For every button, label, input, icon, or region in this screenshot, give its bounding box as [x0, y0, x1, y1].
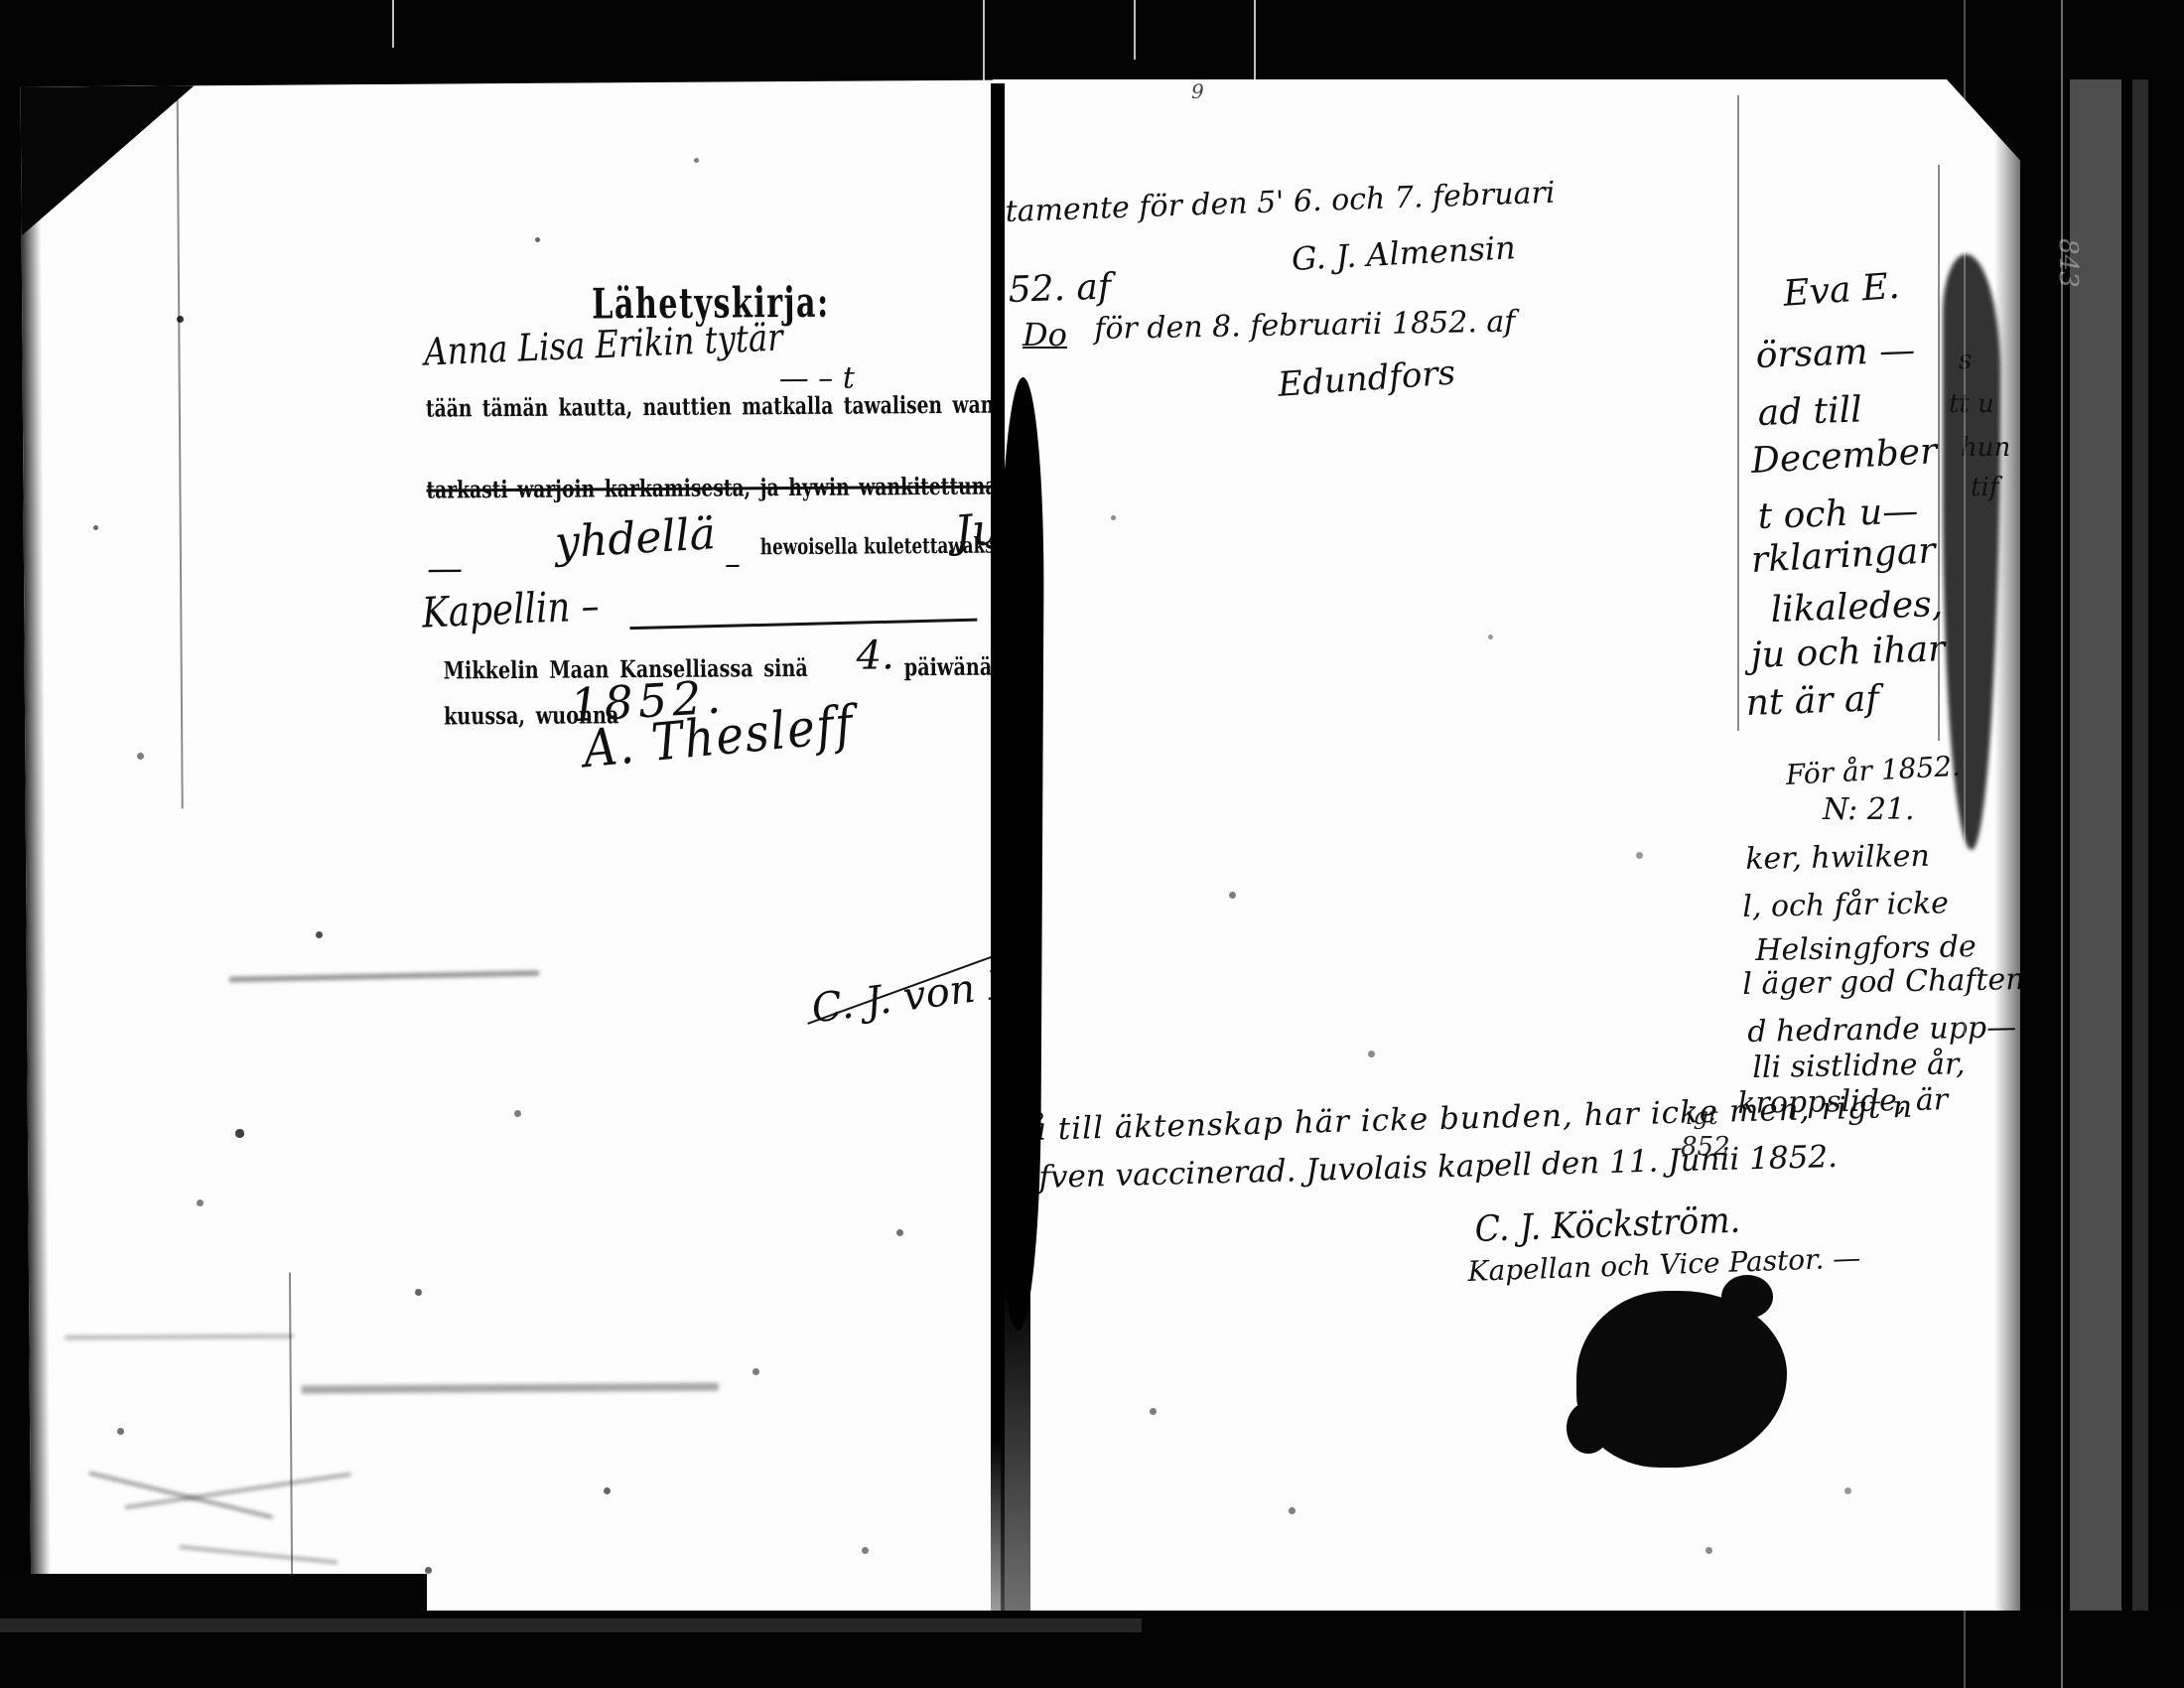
margin-line: örsam — — [1755, 330, 1916, 376]
film-scratch — [1134, 0, 1136, 60]
film-scratch — [1254, 0, 1256, 79]
wax-seal — [1576, 1291, 1787, 1468]
certificate-signature: C. J. Köckström. — [1474, 1200, 1741, 1250]
margin-line: December — [1750, 431, 1938, 482]
note-line: d hedrande upp— — [1747, 1010, 2016, 1050]
entry1-signature: G. J. Almensin — [1291, 228, 1517, 278]
film-scratch — [1964, 0, 1966, 1688]
film-border-top — [0, 0, 2184, 79]
kapellin-handwritten: Kapellin – — [421, 581, 600, 636]
binding-mark: 843 — [2053, 238, 2083, 288]
margin-line: rklaringar — [1750, 530, 1937, 581]
horizontal-smudge — [229, 970, 539, 982]
fill-in-dash: – — [725, 544, 741, 582]
margin-line: t och u— — [1757, 491, 1919, 537]
bottom-band-streak — [0, 1618, 1142, 1632]
sheet-crease — [177, 93, 184, 808]
page-edge-shadow — [1994, 75, 2020, 1620]
page-fold-gutter — [996, 377, 1044, 1331]
entry2-line: för den 8. februarii 1852. af — [1094, 305, 1516, 347]
horizontal-smudge — [302, 1383, 719, 1394]
ref-number: N: 21. — [1823, 792, 1915, 827]
printed-struck-line: tarkasti warjoin karkamisesta, ja hywin … — [426, 471, 1008, 504]
horizontal-smudge — [65, 1335, 293, 1340]
margin-line: Eva E. — [1782, 266, 1901, 315]
entry2-ditto-mark: Do — [1023, 316, 1067, 353]
certificate-signature-title: Kapellan och Vice Pastor. — — [1467, 1241, 1861, 1288]
certificate-line2: fven vaccinerad. Juvolais kapell den 11.… — [1038, 1139, 1838, 1196]
scanned-book-spread: 9 tamente för den 5' 6. och 7. februari … — [0, 0, 2184, 1688]
film-scratch — [983, 0, 985, 81]
page-fold-gutter — [1001, 1281, 1030, 1618]
page-edge-crease — [1737, 95, 1739, 731]
torn-corner — [21, 85, 196, 235]
ref-year: För år 1852. — [1785, 750, 1962, 791]
binding-gray-band — [2132, 79, 2148, 1614]
page-number-mark: 9 — [1191, 79, 1204, 103]
margin-line: ju och ihar — [1750, 629, 1946, 676]
page-edge-shadow — [21, 86, 52, 1621]
note-line: l äger god Chaften— — [1742, 962, 2020, 1002]
binding-gray-band — [2070, 79, 2121, 1614]
right-page: 9 tamente för den 5' 6. och 7. februari … — [993, 75, 2020, 1620]
margin-line: likaledes, — [1770, 584, 1944, 631]
film-scratch — [392, 0, 394, 48]
margin-line: ad till — [1757, 389, 1862, 434]
edge-fragment: tt u — [1949, 389, 1994, 419]
note-line: l, och får icke — [1742, 886, 1949, 924]
printed-paiwana: päiwänä — [904, 652, 993, 682]
day-handwritten: 4. — [856, 633, 893, 678]
film-scratch — [2061, 0, 2063, 1688]
scratch-doodle — [89, 1472, 273, 1519]
certificate-line1: å till äktenskap här icke bunden, har ic… — [1027, 1089, 1914, 1148]
margin-line: nt är af — [1745, 678, 1879, 724]
secretary-signature: C. J. von Fie — [809, 956, 1008, 1033]
sheet-crease — [289, 1273, 293, 1620]
printed-body-line: tään tämän kautta, nauttien matkalla taw… — [426, 389, 1009, 423]
entry2-signature: Edundfors — [1277, 353, 1456, 405]
note-line: lli sistlidne år, — [1752, 1047, 1966, 1085]
left-page: Lähetyskirja: Anna Lisa Erikin tytär — –… — [21, 80, 1009, 1622]
entry1-line1: tamente för den 5' 6. och 7. februari — [1005, 176, 1556, 229]
fill-in-rule — [629, 619, 977, 631]
scratch-doodle — [180, 1545, 339, 1564]
prisoner-name-handwritten: Anna Lisa Erikin tytär — [423, 315, 783, 373]
horses-count-handwritten: yhdellä — [554, 508, 718, 569]
note-line: Helsingfors de — [1755, 929, 1977, 968]
fill-in-dash: — — [427, 548, 463, 589]
note-line: ker, hwilken — [1745, 839, 1930, 877]
entry1-line2: 52. af — [1008, 266, 1112, 311]
